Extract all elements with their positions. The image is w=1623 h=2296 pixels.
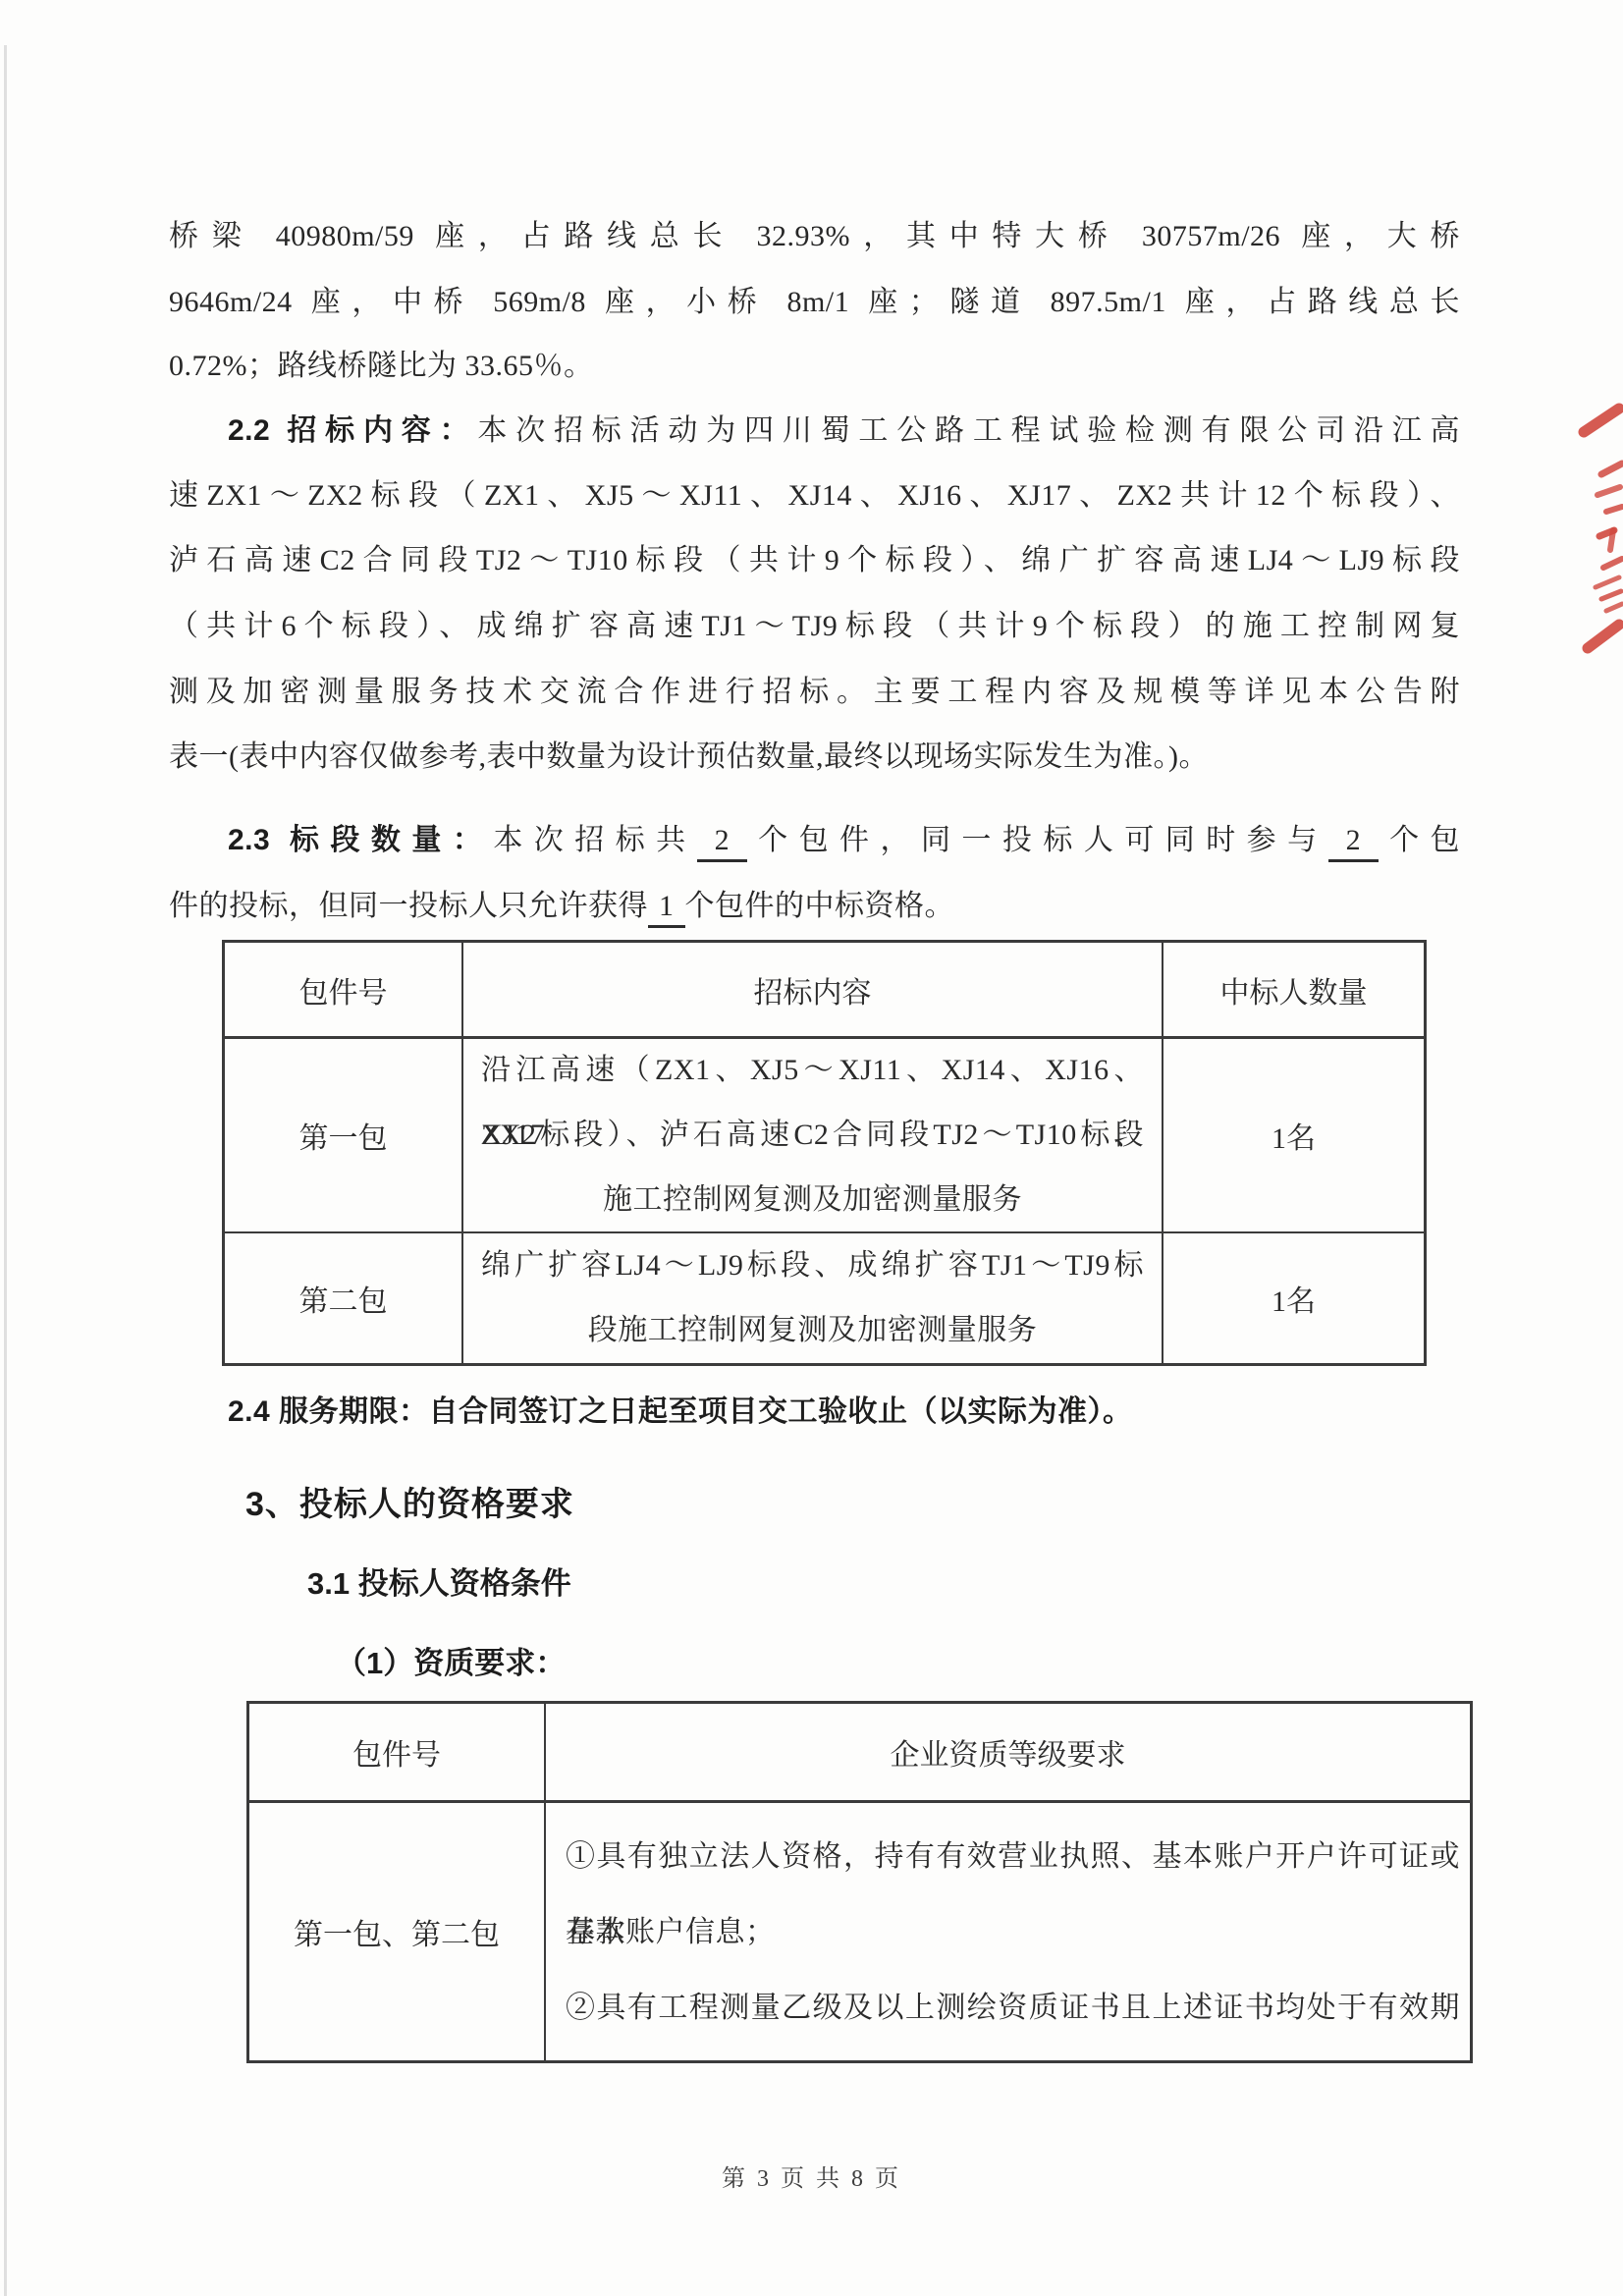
section-2-3-line1: 2.3 标段数量：本次招标共2个包件，同一投标人可同时参与2个包 bbox=[228, 823, 1460, 858]
section-2-2-line6: 表一(表中内容仅做参考,表中数量为设计预估数量,最终以现场实际发生为准。)。 bbox=[169, 739, 1460, 775]
section-2-4-text: 自合同签订之日起至项目交工验收止（以实际为准）。 bbox=[429, 1395, 1133, 1428]
qualification-table: 包件号 企业资质等级要求 第一包、第二包 ①具有独立法人资格，持有有效营业执照、… bbox=[246, 1701, 1473, 2063]
package-2-name-cell: 第二包 bbox=[225, 1233, 463, 1363]
section-2-2-line2: 速ZX1～ZX2标段（ZX1、XJ5～XJ11、XJ14、XJ16、XJ17、Z… bbox=[169, 478, 1460, 514]
section-2-3-line2: 件的投标，但同一投标人只允许获得1个包件的中标资格。 bbox=[169, 889, 1460, 924]
package-2-winners-cell: 1名 bbox=[1163, 1233, 1424, 1363]
section-2-2-line5: 测及加密测量服务技术交流合作进行招标。主要工程内容及规模等详见本公告附 bbox=[169, 675, 1460, 710]
qualification-req-lines: ①具有独立法人资格，持有有效营业执照、基本账户开户许可证或基本 存款账户信息； … bbox=[546, 1819, 1470, 2046]
section-2-3-text1: 本次招标共 bbox=[493, 824, 696, 856]
section-3-1-title: 3.1 投标人资格条件 bbox=[307, 1567, 571, 1601]
win-count-underlined: 1 bbox=[648, 890, 685, 928]
paragraph-bridge-line1: 桥梁 40980m/59 座，占路线总长 32.93%，其中特大桥 30757m… bbox=[169, 219, 1460, 254]
qualification-table-header-pkg: 包件号 bbox=[249, 1704, 546, 1803]
section-2-2-line3: 泸石高速C2合同段TJ2～TJ10标段（共计9个标段）、绵广扩容高速LJ4～LJ… bbox=[169, 543, 1460, 578]
qualification-req-line2: 存款账户信息； bbox=[546, 1894, 1470, 1970]
section-2-3-text3: 个包 bbox=[1379, 824, 1460, 856]
package-count-underlined: 2 bbox=[697, 824, 748, 862]
section-2-4-line: 2.4 服务期限：自合同签订之日起至项目交工验收止（以实际为准）。 bbox=[228, 1394, 1460, 1430]
page-number-footer: 第 3 页 共 8 页 bbox=[0, 2159, 1623, 2193]
page-background: 桥梁 40980m/59 座，占路线总长 32.93%，其中特大桥 30757m… bbox=[0, 0, 1623, 2296]
qualification-req-cell: ①具有独立法人资格，持有有效营业执照、基本账户开户许可证或基本 存款账户信息； … bbox=[546, 1803, 1470, 2060]
package-1-content-line3: 施工控制网复测及加密测量服务 bbox=[463, 1168, 1162, 1232]
section-2-3-label: 2.3 标段数量： bbox=[228, 824, 493, 856]
red-seal-partial-icon bbox=[1554, 381, 1623, 687]
package-table-header-pkg: 包件号 bbox=[225, 943, 463, 1039]
section-2-2-line1: 2.2 招标内容：本次招标活动为四川蜀工公路工程试验检测有限公司沿江高 bbox=[228, 413, 1460, 449]
section-2-3-text2: 个包件，同一投标人可同时参与 bbox=[747, 824, 1327, 856]
package-1-content-cell: 沿江高速（ZX1、XJ5～XJ11、XJ14、XJ16、XJ17、 ZX2标段）… bbox=[463, 1039, 1163, 1233]
package-2-content-line1: 绵广扩容LJ4～LJ9标段、成绵扩容TJ1～TJ9标 bbox=[463, 1233, 1162, 1298]
package-table-header-content: 招标内容 bbox=[463, 943, 1163, 1039]
section-2-2-text1: 本次招标活动为四川蜀工公路工程试验检测有限公司沿江高 bbox=[477, 414, 1460, 447]
package-table: 包件号 招标内容 中标人数量 第一包 沿江高速（ZX1、XJ5～XJ11、XJ1… bbox=[222, 940, 1427, 1366]
qualification-req-line1: ①具有独立法人资格，持有有效营业执照、基本账户开户许可证或基本 bbox=[546, 1819, 1470, 1894]
section-3-title: 3、投标人的资格要求 bbox=[245, 1486, 574, 1523]
section-2-2-line4: （共计6个标段）、成绵扩容高速TJ1～TJ9标段（共计9个标段）的施工控制网复 bbox=[169, 609, 1460, 644]
section-2-4-label: 2.4 服务期限： bbox=[228, 1395, 429, 1428]
package-table-header-winners: 中标人数量 bbox=[1163, 943, 1424, 1039]
qualification-pkg-cell: 第一包、第二包 bbox=[249, 1803, 546, 2060]
qualification-item-title: （1）资质要求： bbox=[336, 1647, 566, 1680]
section-2-3-text5: 个包件的中标资格。 bbox=[685, 890, 955, 922]
qualification-req-line3: ②具有工程测量乙级及以上测绘资质证书且上述证书均处于有效期内。 bbox=[546, 1970, 1470, 2046]
qualification-table-header-req: 企业资质等级要求 bbox=[546, 1704, 1470, 1803]
package-2-content-line2: 段施工控制网复测及加密测量服务 bbox=[463, 1298, 1162, 1363]
package-1-content-lines: 沿江高速（ZX1、XJ5～XJ11、XJ14、XJ16、XJ17、 ZX2标段）… bbox=[463, 1039, 1162, 1232]
scanned-tender-document-page: { "doc": { "p_bridge": { "l1": "桥梁 40980… bbox=[0, 0, 1623, 2296]
package-1-name-cell: 第一包 bbox=[225, 1039, 463, 1233]
section-2-3-text4: 件的投标，但同一投标人只允许获得 bbox=[169, 890, 648, 922]
paragraph-bridge-line3: 0.72%；路线桥隧比为 33.65％。 bbox=[169, 349, 1460, 384]
section-2-2-label: 2.2 招标内容： bbox=[228, 414, 477, 447]
paragraph-bridge-line2: 9646m/24 座，中桥 569m/8 座，小桥 8m/1 座；隧道 897.… bbox=[169, 285, 1460, 320]
package-1-winners-cell: 1名 bbox=[1163, 1039, 1424, 1233]
package-2-content-cell: 绵广扩容LJ4～LJ9标段、成绵扩容TJ1～TJ9标 段施工控制网复测及加密测量… bbox=[463, 1233, 1163, 1363]
scan-edge-shadow bbox=[4, 45, 7, 2296]
package-1-content-line1: 沿江高速（ZX1、XJ5～XJ11、XJ14、XJ16、XJ17、 bbox=[463, 1039, 1162, 1103]
package-1-content-line2: ZX2标段）、泸石高速C2合同段TJ2～TJ10标段 bbox=[463, 1103, 1162, 1168]
package-2-content-lines: 绵广扩容LJ4～LJ9标段、成绵扩容TJ1～TJ9标 段施工控制网复测及加密测量… bbox=[463, 1233, 1162, 1363]
participate-count-underlined: 2 bbox=[1328, 824, 1380, 862]
